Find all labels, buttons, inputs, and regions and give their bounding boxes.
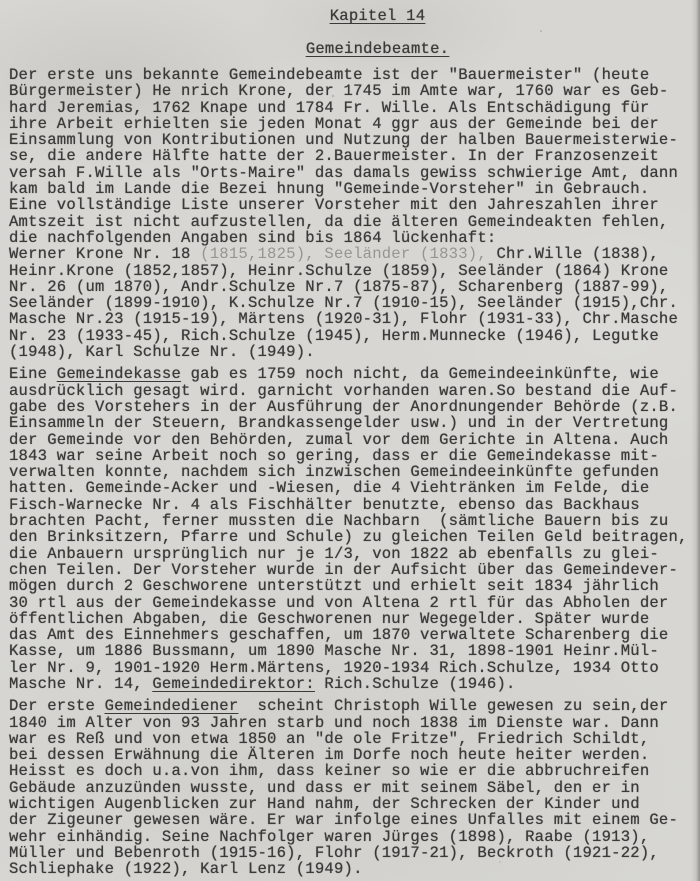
text-line: das Amt des Einnehmers geschaffen, um 18… <box>9 627 696 643</box>
section-heading: Gemeindebeamte. <box>34 41 700 58</box>
text-line: die Anbauern ursprünglich nur je 1/3, vo… <box>9 546 696 562</box>
section-title: Gemeindebeamte. <box>306 40 449 58</box>
text-segment: Masche Nr.23 (1915-19), Märtens (1920-31… <box>9 310 678 328</box>
text-line: wichtigen Augenblicken zur Hand nahm, de… <box>9 796 696 812</box>
text-segment: Heisst es doch u.a.von ihm, dass keiner … <box>9 762 649 780</box>
text-line: Heinr.Krone (1852,1857), Heinr.Schulze (… <box>9 263 696 279</box>
text-line: der Gemeinde vor den Behörden, zumal vor… <box>9 432 696 448</box>
text-segment: hard Jeremias, 1762 Knape und 1784 Fr. W… <box>9 99 649 117</box>
text-segment: der Gemeinde vor den Behörden, zumal vor… <box>9 431 669 449</box>
paragraph: Eine Gemeindekasse gab es 1759 noch nich… <box>9 366 696 692</box>
text-line: war es Reß und von etwa 1850 an "de ole … <box>9 731 696 747</box>
text-line: Nr. 23 (1933-45), Rich.Schulze (1945), H… <box>9 328 696 344</box>
text-line: wehr einhändig. Seine Nachfolger waren J… <box>9 829 696 845</box>
text-segment: ler Nr. 9, 1901-1920 Herm.Märtens, 1920-… <box>9 659 659 677</box>
text-line: Werner Krone Nr. 18 (1815,1825), Seeländ… <box>9 246 696 262</box>
text-line: ihre Arbeit erhielten sie jeden Monat 4 … <box>9 116 696 132</box>
text-segment: Kasse, um 1886 Bussmann, um 1890 Masche … <box>9 642 659 660</box>
chapter-title: Kapitel 14 <box>330 7 426 25</box>
text-line: Amtszeit ist nicht aufzustellen, da die … <box>9 214 696 230</box>
text-segment: 30 rtl aus der Gemeindekasse und von Alt… <box>9 594 669 612</box>
text-line: Heisst es doch u.a.von ihm, dass keiner … <box>9 763 696 779</box>
underlined-text: Gemeindekasse <box>57 365 181 383</box>
text-segment: Eine vollständige Liste unserer Vorstehe… <box>9 196 659 214</box>
text-line: Masche Nr. 14, Gemeindedirektor: Rich.Sc… <box>9 676 696 692</box>
underlined-text: Gemeindediener <box>105 697 239 715</box>
text-segment: der Zigeuner gewesen wäre. Er war infolg… <box>9 811 678 829</box>
text-line: (1948), Karl Schulze Nr. (1949). <box>9 344 696 360</box>
text-segment: Chr.Wille (1838), <box>487 245 659 263</box>
text-segment: Schliephake (1922), Karl Lenz (1949). <box>9 860 363 878</box>
document-body: Der erste uns bekannte Gemeindebeamte is… <box>9 67 696 878</box>
text-segment: wehr einhändig. Seine Nachfolger waren J… <box>9 828 649 846</box>
text-segment: se, die andere Hälfte hatte der 2.Bauerm… <box>9 147 659 165</box>
text-line: se, die andere Hälfte hatte der 2.Bauerm… <box>9 148 696 164</box>
text-line: Einsammeln der Steuern, Brandkassengelde… <box>9 415 696 431</box>
text-line: Eine Gemeindekasse gab es 1759 noch nich… <box>9 366 696 382</box>
text-line: Eine vollständige Liste unserer Vorstehe… <box>9 197 696 213</box>
text-segment: gab es 1759 noch nicht, da Gemeindeeinkü… <box>181 365 659 383</box>
chapter-heading: Kapitel 14 <box>34 8 700 25</box>
text-segment: Bürgermeister) He nrich Krone, der 1745 … <box>9 82 669 100</box>
paragraph: Der erste uns bekannte Gemeindebeamte is… <box>9 67 696 360</box>
text-segment: Heinr.Krone (1852,1857), Heinr.Schulze (… <box>9 262 669 280</box>
text-line: hard Jeremias, 1762 Knape und 1784 Fr. W… <box>9 100 696 116</box>
text-line: Seeländer (1899-1910), K.Schulze Nr.7 (1… <box>9 295 696 311</box>
text-segment: ausdrücklich gesagt wird. garnicht vorha… <box>9 382 678 400</box>
text-line: 1843 war seine Arbeit noch so gering, da… <box>9 448 696 464</box>
text-segment: Masche Nr. 14, <box>9 675 152 693</box>
text-segment: scheint Christoph Wille gewesen zu sein,… <box>238 697 668 715</box>
text-segment: Rich.Schulze (1946). <box>315 675 516 693</box>
text-line: Masche Nr.23 (1915-19), Märtens (1920-31… <box>9 311 696 327</box>
text-line: Gebäude anzuzünden wusste, und dass er m… <box>9 780 696 796</box>
text-segment: den Brinksitzern, Pfarre und Schule) zu … <box>9 528 688 546</box>
text-line: ausdrücklich gesagt wird. garnicht vorha… <box>9 383 696 399</box>
text-line: gabe des Vorstehers in der Ausführung de… <box>9 399 696 415</box>
text-segment: Der erste <box>9 697 105 715</box>
text-line: brachten Pacht, ferner mussten die Nachb… <box>9 513 696 529</box>
scanned-document-page: Kapitel 14 Gemeindebeamte. Der erste uns… <box>0 0 700 881</box>
text-segment: (1948), Karl Schulze Nr. (1949). <box>9 343 315 361</box>
text-segment: Einsammeln der Steuern, Brandkassengelde… <box>9 414 669 432</box>
text-segment: Amtszeit ist nicht aufzustellen, da die … <box>9 213 669 231</box>
text-line: Schliephake (1922), Karl Lenz (1949). <box>9 861 696 877</box>
text-segment: die Anbauern ursprünglich nur je 1/3, vo… <box>9 545 659 563</box>
paragraph: Der erste Gemeindediener scheint Christo… <box>9 698 696 877</box>
text-segment: hatten. Gemeinde-Acker und -Wiesen, die … <box>9 479 649 497</box>
text-line: Nr. 26 (um 1870), Andr.Schulze Nr.7 (187… <box>9 279 696 295</box>
text-segment: mögen durch 2 Geschworene unterstützt un… <box>9 577 659 595</box>
text-line: mögen durch 2 Geschworene unterstützt un… <box>9 578 696 594</box>
text-line: öffentlichen Abgaben, die Geschworenen n… <box>9 611 696 627</box>
text-line: 1840 im Alter von 93 Jahren starb und no… <box>9 715 696 731</box>
text-line: Kasse, um 1886 Bussmann, um 1890 Masche … <box>9 643 696 659</box>
text-line: Müller und Bebenroth (1915-16), Flohr (1… <box>9 845 696 861</box>
text-line: 30 rtl aus der Gemeindekasse und von Alt… <box>9 595 696 611</box>
text-line: verwalten konnte, nachdem sich inzwische… <box>9 464 696 480</box>
underlined-text: Gemeindedirektor: <box>152 675 314 693</box>
text-line: Der erste Gemeindediener scheint Christo… <box>9 698 696 714</box>
text-line: den Brinksitzern, Pfarre und Schule) zu … <box>9 529 696 545</box>
text-segment: Eine <box>9 365 57 383</box>
text-line: versah F.Wille als "Orts-Maire" das dama… <box>9 165 696 181</box>
text-segment: Werner Krone Nr. 18 <box>9 245 200 263</box>
text-segment: 1840 im Alter von 93 Jahren starb und no… <box>9 714 659 732</box>
text-line: Bürgermeister) He nrich Krone, der 1745 … <box>9 83 696 99</box>
text-line: chen Teilen. Der Vorsteher wurde in der … <box>9 562 696 578</box>
text-line: Fisch-Warnecke Nr. 4 als Fischhälter ben… <box>9 497 696 513</box>
text-line: der Zigeuner gewesen wäre. Er war infolg… <box>9 812 696 828</box>
text-line: hatten. Gemeinde-Acker und -Wiesen, die … <box>9 480 696 496</box>
text-line: ler Nr. 9, 1901-1920 Herm.Märtens, 1920-… <box>9 660 696 676</box>
faded-text: (1815,1825), Seeländer (1833), <box>200 245 487 263</box>
text-line: die nachfolgenden Angaben sind bis 1864 … <box>9 230 696 246</box>
text-line: Der erste uns bekannte Gemeindebeamte is… <box>9 67 696 83</box>
text-line: kam bald im Lande die Bezei hnung "Gemei… <box>9 181 696 197</box>
